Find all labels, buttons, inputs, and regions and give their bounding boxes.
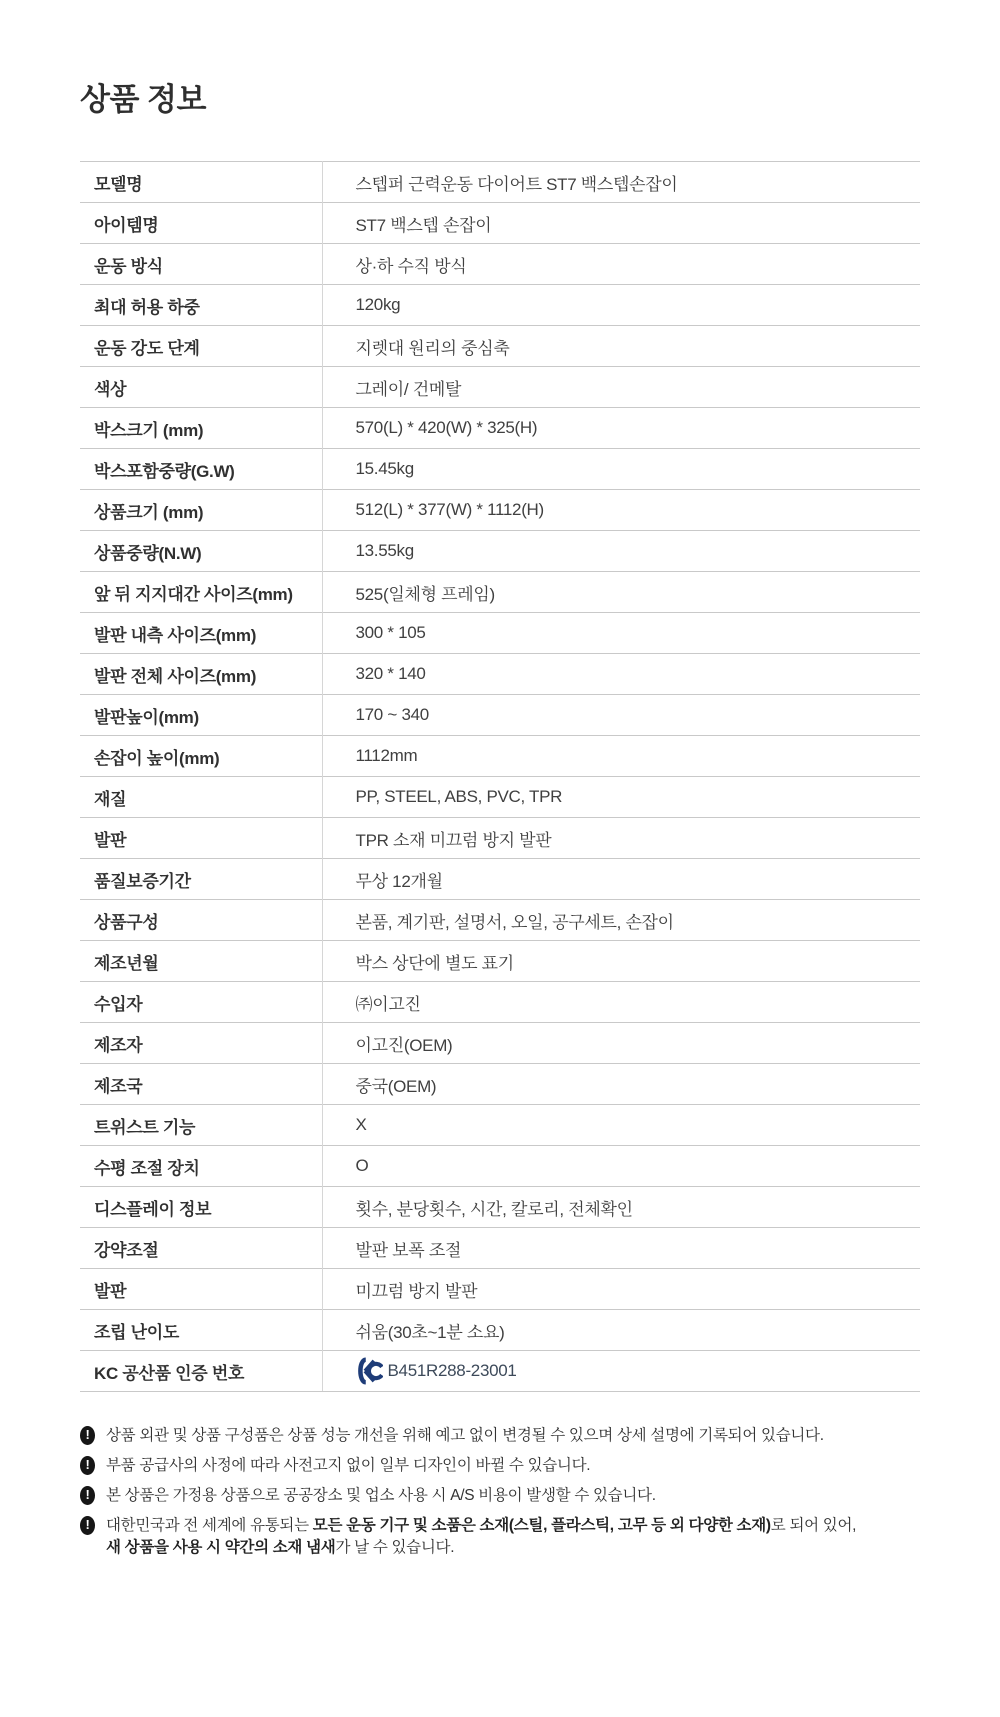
note-item: ! 부품 공급사의 사정에 따라 사전고지 없이 일부 디자인이 바뀔 수 있습… [80,1455,940,1477]
spec-value: ㈜이고진 [322,982,920,1023]
table-row: 운동 강도 단계 지렛대 원리의 중심축 [80,326,920,367]
table-row: 제조년월 박스 상단에 별도 표기 [80,941,920,982]
spec-value-text: 13.55kg [356,541,414,561]
product-info-page: 상품 정보 모델명 스텝퍼 근력운동 다이어트 ST7 백스텝손잡이 아이템명 … [0,0,1000,1717]
spec-value-text: 무상 12개월 [356,867,443,892]
table-row: 상품크기 (mm) 512(L) * 377(W) * 1112(H) [80,490,920,531]
table-row: 발판 미끄럼 방지 발판 [80,1269,920,1310]
spec-value-text: 이고진(OEM) [356,1031,453,1056]
spec-value: 13.55kg [322,531,920,572]
table-row: 발판 전체 사이즈(mm) 320 * 140 [80,654,920,695]
spec-value-text: 그레이/ 건메탈 [356,375,462,400]
spec-label: 박스크기 (mm) [80,408,322,449]
spec-value: 박스 상단에 별도 표기 [322,941,920,982]
table-row: 아이템명 ST7 백스텝 손잡이 [80,203,920,244]
spec-value-text: 미끄럼 방지 발판 [356,1277,478,1302]
table-row: 앞 뒤 지지대간 사이즈(mm) 525(일체형 프레임) [80,572,920,613]
spec-label: 재질 [80,777,322,818]
spec-value-text: TPR 소재 미끄럼 방지 발판 [356,826,552,851]
spec-label: 발판 [80,1269,322,1310]
spec-value: ST7 백스텝 손잡이 [322,203,920,244]
spec-label: 색상 [80,367,322,408]
spec-value-text: 1112mm [356,746,418,766]
table-row: 발판 TPR 소재 미끄럼 방지 발판 [80,818,920,859]
note-text: 상품 외관 및 상품 구성품은 상품 성능 개선을 위해 예고 없이 변경될 수… [106,1425,824,1447]
table-row: KC 공산품 인증 번호 B451R288-23001 [80,1351,920,1392]
spec-value-text: 512(L) * 377(W) * 1112(H) [356,500,544,520]
page-title: 상품 정보 [0,0,1000,119]
spec-value: TPR 소재 미끄럼 방지 발판 [322,818,920,859]
spec-value-text: 스텝퍼 근력운동 다이어트 ST7 백스텝손잡이 [356,170,678,195]
spec-label: 수입자 [80,982,322,1023]
spec-label: 발판 전체 사이즈(mm) [80,654,322,695]
spec-value: 1112mm [322,736,920,777]
spec-value-text: 170 ~ 340 [356,705,429,725]
spec-value: 중국(OEM) [322,1064,920,1105]
spec-value: 발판 보폭 조절 [322,1228,920,1269]
spec-label: 아이템명 [80,203,322,244]
table-row: 수평 조절 장치 O [80,1146,920,1187]
note-text: 본 상품은 가정용 상품으로 공공장소 및 업소 사용 시 A/S 비용이 발생… [106,1485,656,1507]
spec-value-text: 320 * 140 [356,664,426,684]
spec-label: 운동 방식 [80,244,322,285]
spec-label: 앞 뒤 지지대간 사이즈(mm) [80,572,322,613]
spec-value: 본품, 계기판, 설명서, 오일, 공구세트, 손잡이 [322,900,920,941]
spec-value-text: 15.45kg [356,459,414,479]
table-row: 품질보증기간 무상 12개월 [80,859,920,900]
table-row: 발판높이(mm) 170 ~ 340 [80,695,920,736]
spec-value: 15.45kg [322,449,920,490]
table-row: 트위스트 기능 X [80,1105,920,1146]
warning-icon: ! [80,1456,95,1475]
note-item: ! 대한민국과 전 세계에 유통되는 모든 운동 기구 및 소품은 소재(스틸,… [80,1515,940,1559]
spec-value-text: 본품, 계기판, 설명서, 오일, 공구세트, 손잡이 [356,908,674,933]
table-row: 모델명 스텝퍼 근력운동 다이어트 ST7 백스텝손잡이 [80,162,920,203]
spec-value-text: 중국(OEM) [356,1072,437,1097]
spec-label: 상품중량(N.W) [80,531,322,572]
spec-value-text: ㈜이고진 [356,990,421,1015]
spec-label: 발판 내측 사이즈(mm) [80,613,322,654]
table-row: 발판 내측 사이즈(mm) 300 * 105 [80,613,920,654]
spec-value-text: B451R288-23001 [388,1361,517,1381]
table-row: 재질 PP, STEEL, ABS, PVC, TPR [80,777,920,818]
note-text: 부품 공급사의 사정에 따라 사전고지 없이 일부 디자인이 바뀔 수 있습니다… [106,1455,590,1477]
spec-value-text: 지렛대 원리의 중심축 [356,334,510,359]
spec-value: 300 * 105 [322,613,920,654]
spec-value: 횟수, 분당횟수, 시간, 칼로리, 전체확인 [322,1187,920,1228]
spec-value: 512(L) * 377(W) * 1112(H) [322,490,920,531]
spec-value: X [322,1105,920,1146]
spec-label: 제조년월 [80,941,322,982]
table-row: 제조국 중국(OEM) [80,1064,920,1105]
table-row: 강약조절 발판 보폭 조절 [80,1228,920,1269]
spec-value: 미끄럼 방지 발판 [322,1269,920,1310]
spec-label: 손잡이 높이(mm) [80,736,322,777]
spec-value: 525(일체형 프레임) [322,572,920,613]
spec-value: 320 * 140 [322,654,920,695]
spec-value: 120kg [322,285,920,326]
spec-label: 트위스트 기능 [80,1105,322,1146]
table-row: 수입자 ㈜이고진 [80,982,920,1023]
spec-value: 그레이/ 건메탈 [322,367,920,408]
kc-certification-icon [356,1356,383,1386]
spec-value: 570(L) * 420(W) * 325(H) [322,408,920,449]
spec-value: B451R288-23001 [322,1351,920,1392]
table-row: 상품구성 본품, 계기판, 설명서, 오일, 공구세트, 손잡이 [80,900,920,941]
spec-label: 최대 허용 하중 [80,285,322,326]
table-row: 손잡이 높이(mm) 1112mm [80,736,920,777]
spec-value-text: 120kg [356,295,401,315]
warning-icon: ! [80,1486,95,1505]
spec-value-text: O [356,1156,369,1176]
table-row: 제조자 이고진(OEM) [80,1023,920,1064]
spec-value-text: PP, STEEL, ABS, PVC, TPR [356,787,563,807]
spec-label: 강약조절 [80,1228,322,1269]
spec-label: 조립 난이도 [80,1310,322,1351]
spec-value-text: 300 * 105 [356,623,426,643]
spec-value: 스텝퍼 근력운동 다이어트 ST7 백스텝손잡이 [322,162,920,203]
spec-label: 발판 [80,818,322,859]
spec-value: O [322,1146,920,1187]
spec-value-text: 570(L) * 420(W) * 325(H) [356,418,538,438]
spec-value-text: X [356,1115,367,1135]
table-row: 디스플레이 정보 횟수, 분당횟수, 시간, 칼로리, 전체확인 [80,1187,920,1228]
spec-label: KC 공산품 인증 번호 [80,1351,322,1392]
spec-value-text: 박스 상단에 별도 표기 [356,949,514,974]
spec-label: 운동 강도 단계 [80,326,322,367]
spec-label: 박스포함중량(G.W) [80,449,322,490]
product-spec-table: 모델명 스텝퍼 근력운동 다이어트 ST7 백스텝손잡이 아이템명 ST7 백스… [80,161,920,1392]
spec-value-text: 발판 보폭 조절 [356,1236,462,1261]
notes-list: ! 상품 외관 및 상품 구성품은 상품 성능 개선을 위해 예고 없이 변경될… [80,1425,940,1559]
spec-value: 상·하 수직 방식 [322,244,920,285]
spec-value-text: 쉬움(30초~1분 소요) [356,1318,505,1343]
note-item: ! 상품 외관 및 상품 구성품은 상품 성능 개선을 위해 예고 없이 변경될… [80,1425,940,1447]
table-row: 색상 그레이/ 건메탈 [80,367,920,408]
table-row: 상품중량(N.W) 13.55kg [80,531,920,572]
spec-value-text: 횟수, 분당횟수, 시간, 칼로리, 전체확인 [356,1195,633,1220]
spec-value-text: 525(일체형 프레임) [356,580,495,605]
spec-label: 상품크기 (mm) [80,490,322,531]
spec-label: 제조국 [80,1064,322,1105]
warning-icon: ! [80,1516,95,1535]
spec-value-text: ST7 백스텝 손잡이 [356,211,492,236]
table-row: 최대 허용 하중 120kg [80,285,920,326]
spec-label: 품질보증기간 [80,859,322,900]
spec-value-text: 상·하 수직 방식 [356,252,467,277]
spec-value: 쉬움(30초~1분 소요) [322,1310,920,1351]
spec-label: 상품구성 [80,900,322,941]
warning-icon: ! [80,1426,95,1445]
spec-label: 모델명 [80,162,322,203]
spec-label: 디스플레이 정보 [80,1187,322,1228]
table-row: 운동 방식 상·하 수직 방식 [80,244,920,285]
spec-value: 지렛대 원리의 중심축 [322,326,920,367]
spec-label: 제조자 [80,1023,322,1064]
table-row: 박스포함중량(G.W) 15.45kg [80,449,920,490]
note-item: ! 본 상품은 가정용 상품으로 공공장소 및 업소 사용 시 A/S 비용이 … [80,1485,940,1507]
table-row: 조립 난이도 쉬움(30초~1분 소요) [80,1310,920,1351]
spec-value: 이고진(OEM) [322,1023,920,1064]
spec-value: PP, STEEL, ABS, PVC, TPR [322,777,920,818]
note-text: 대한민국과 전 세계에 유통되는 모든 운동 기구 및 소품은 소재(스틸, 플… [106,1515,856,1559]
spec-label: 수평 조절 장치 [80,1146,322,1187]
spec-label: 발판높이(mm) [80,695,322,736]
table-row: 박스크기 (mm) 570(L) * 420(W) * 325(H) [80,408,920,449]
spec-value: 170 ~ 340 [322,695,920,736]
spec-value: 무상 12개월 [322,859,920,900]
